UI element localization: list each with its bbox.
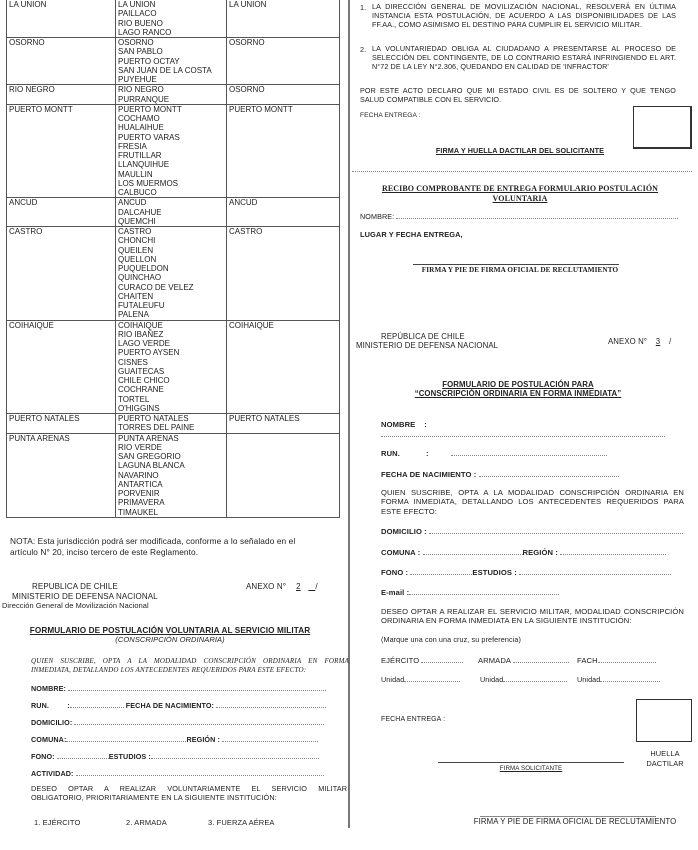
applicant-signature-line — [438, 762, 624, 763]
commune-name: GUAITECAS — [118, 367, 226, 376]
annex3-header-ministry: MINISTERIO DE DEFENSA NACIONAL — [356, 341, 498, 350]
commune-name: DALCAHUE — [118, 208, 226, 217]
office-cell: RIO NEGRO — [7, 85, 116, 105]
annex3-unit-armada[interactable]: Unidad — [480, 675, 567, 684]
commune-name: FUTALEUFU — [118, 301, 226, 310]
annex3-option-armada[interactable]: ARMADA — [478, 656, 569, 665]
annex2-field-nombre[interactable]: NOMBRE: — [31, 684, 326, 693]
declaration: POR ESTE ACTO DECLARO QUE MI ESTADO CIVI… — [360, 87, 676, 105]
cut-line — [352, 171, 692, 172]
annex2-option-armada[interactable]: 2. ARMADA — [126, 818, 167, 827]
commune-name: RIO IBAÑEZ — [118, 330, 226, 339]
page-divider — [348, 0, 350, 828]
clause-1: LA DIRECCIÓN GENERAL DE MOVILIZACIÓN NAC… — [372, 3, 676, 30]
annex3-desire-note: (Marque una con una cruz, su preferencia… — [381, 635, 521, 644]
commune-name: CALBUCO — [118, 188, 226, 197]
communes-cell: OSORNOSAN PABLOPUERTO OCTAYSAN JUAN DE L… — [116, 38, 227, 85]
annex3-field-comuna[interactable]: COMUNA : REGIÓN : — [381, 548, 666, 557]
annex3-unit-ejercito[interactable]: Unidad — [381, 675, 460, 684]
annex2-desire: DESEO OPTAR A REALIZAR VOLUNTARIAMENTE E… — [31, 785, 347, 802]
commune-name: PUERTO AYSEN — [118, 348, 226, 357]
annex3-option-ejercito[interactable]: EJÉRCITO — [381, 656, 463, 665]
commune-name: COIHAIQUE — [118, 321, 226, 330]
annex2-number: ANEXO N° 2 / — [246, 582, 318, 591]
commune-name: FRESIA — [118, 142, 226, 151]
office-cell: PUNTA ARENAS — [7, 433, 116, 517]
commune-name: MAULLIN — [118, 170, 226, 179]
annex3-field-email[interactable]: E-mail : — [381, 588, 559, 597]
annex2-field-domicilio[interactable]: DOMICILIO: — [31, 718, 324, 727]
annex3-field-run[interactable]: RUN.: — [381, 449, 607, 458]
annex-number-value: 3 — [647, 337, 669, 346]
annex3-fingerprint-box — [636, 699, 692, 742]
annex2-header: REPUBLICA DE CHILE MINISTERIO DE DEFENSA… — [2, 582, 162, 611]
commune-name: QUEMCHI — [118, 217, 226, 226]
annex2-intro: QUIEN SUSCRIBE, OPTA A LA MODALIDAD CONS… — [31, 657, 349, 675]
jurisdiction-table: LA UNIONLA UNIONPAILLACORIO BUENOLAGO RA… — [6, 0, 340, 518]
commune-name: QUEILEN — [118, 246, 226, 255]
commune-name: PALENA — [118, 310, 226, 319]
commune-name: RIO VERDE — [118, 443, 226, 452]
commune-name: CHAITEN — [118, 292, 226, 301]
communes-cell: PUERTO MONTTCOCHAMOHUALAIHUEPUERTO VARAS… — [116, 104, 227, 198]
office-cell: CASTRO — [7, 227, 116, 321]
commune-name: LAGO VERDE — [118, 339, 226, 348]
table-row: RIO NEGRORIO NEGROPURRANQUEOSORNO — [7, 85, 340, 105]
jurisdiction-cell: COIHAIQUE — [227, 320, 340, 414]
commune-name: PUERTO MONTT — [118, 105, 226, 114]
note-line: artículo N° 20, inciso tercero de este R… — [10, 547, 295, 558]
office-cell: PUERTO MONTT — [7, 104, 116, 198]
annex2-subtitle: (CONSCRIPCIÓN ORDINARIA) — [10, 635, 330, 644]
annex2-title: FORMULARIO DE POSTULACIÓN VOLUNTARIA AL … — [10, 626, 330, 635]
communes-cell: LA UNIONPAILLACORIO BUENOLAGO RANCO — [116, 0, 227, 38]
receipt-official-signature-label: FIRMA Y PIE DE FIRMA OFICIAL DE RECLUTAM… — [360, 266, 680, 275]
header-direction: Dirección General de Movilización Nacion… — [2, 601, 162, 611]
jurisdiction-note: NOTA: Esta jurisdicción podrá ser modifi… — [10, 536, 295, 557]
commune-name: HUALAIHUE — [118, 123, 226, 132]
communes-cell: COIHAIQUERIO IBAÑEZLAGO VERDEPUERTO AYSE… — [116, 320, 227, 414]
commune-name: CHONCHI — [118, 236, 226, 245]
annex3-title: FORMULARIO DE POSTULACIÓN PARA “CONSCRIP… — [360, 380, 676, 399]
jurisdiction-cell: OSORNO — [227, 38, 340, 85]
fecha-entrega-label: FECHA ENTREGA : — [360, 111, 421, 120]
annex3-desire: DESEO OPTAR A REALIZAR EL SERVICIO MILIT… — [381, 607, 684, 626]
commune-name: LOS MUERMOS — [118, 179, 226, 188]
commune-name: PRIMAVERA — [118, 498, 226, 507]
commune-name: SAN GREGORIO — [118, 452, 226, 461]
annex3-official-signature-label: FIRMA Y PIE DE FIRMA OFICIAL DE RECLUTAM… — [460, 817, 690, 826]
commune-name: RIO NEGRO — [118, 85, 226, 94]
annex3-field-nombre-label: NOMBRE : — [381, 420, 427, 429]
table-row: PUERTO MONTTPUERTO MONTTCOCHAMOHUALAIHUE… — [7, 104, 340, 198]
commune-name: PUQUELDON — [118, 264, 226, 273]
table-row: PUERTO NATALESPUERTO NATALESTORRES DEL P… — [7, 414, 340, 434]
annex3-field-region: REGIÓN : — [523, 548, 558, 557]
annex3-option-fach[interactable]: FACH — [577, 656, 656, 665]
commune-name: PAILLACO — [118, 9, 226, 18]
table-row: ANCUDANCUDDALCAHUEQUEMCHIANCUD — [7, 198, 340, 227]
annex3-intro: QUIEN SUSCRIBE, OPTA A LA MODALIDAD CONS… — [381, 488, 684, 516]
jurisdiction-cell: PUERTO NATALES — [227, 414, 340, 434]
clause-2: LA VOLUNTARIEDAD OBLIGA AL CIUDADANO A P… — [372, 45, 676, 72]
annex3-fecha-entrega-label: FECHA ENTREGA : — [381, 715, 445, 724]
annex3-field-fecha-nacimiento[interactable]: FECHA DE NACIMIENTO : — [381, 470, 619, 479]
table-row: LA UNIONLA UNIONPAILLACORIO BUENOLAGO RA… — [7, 0, 340, 38]
commune-name: COCHAMO — [118, 114, 226, 123]
commune-name: PUYEHUE — [118, 75, 226, 84]
commune-name: CURACO DE VELEZ — [118, 283, 226, 292]
annex2-field-run[interactable]: RUN. : FECHA DE NACIMIENTO: — [31, 701, 326, 710]
commune-name: ANTARTICA — [118, 480, 226, 489]
commune-name: PUNTA ARENAS — [118, 434, 226, 443]
jurisdiction-cell: CASTRO — [227, 227, 340, 321]
communes-cell: PUNTA ARENASRIO VERDESAN GREGORIOLAGUNA … — [116, 433, 227, 517]
annex2-field-fono[interactable]: FONO: ESTUDIOS : — [31, 752, 319, 761]
applicant-signature-label: FIRMA Y HUELLA DACTILAR DEL SOLICITANTE — [360, 146, 680, 155]
receipt-title: RECIBO COMPROBANTE DE ENTREGA FORMULARIO… — [360, 184, 680, 204]
annex2-field-actividad[interactable]: ACTIVIDAD: — [31, 769, 324, 778]
commune-name: CISNES — [118, 358, 226, 367]
commune-name: OSORNO — [118, 38, 226, 47]
commune-name: RIO BUENO — [118, 19, 226, 28]
communes-cell: CASTROCHONCHIQUEILENQUELLONPUQUELDONQUIN… — [116, 227, 227, 321]
annex3-number: ANEXO N°3/ — [608, 337, 671, 346]
communes-cell: PUERTO NATALESTORRES DEL PAINE — [116, 414, 227, 434]
receipt-field-nombre[interactable]: NOMBRE: — [360, 212, 678, 221]
receipt-lugar-fecha: LUGAR Y FECHA ENTREGA, — [360, 230, 463, 239]
commune-name: CASTRO — [118, 227, 226, 236]
commune-name: FRUTILLAR — [118, 151, 226, 160]
commune-name: PURRANQUE — [118, 95, 226, 104]
jurisdiction-cell — [227, 433, 340, 517]
annex2-option-ejercito[interactable]: 1. EJÉRCITO — [34, 818, 80, 827]
fingerprint-box — [633, 106, 692, 149]
annex2-field-estudios: ESTUDIOS : — [109, 752, 151, 761]
jurisdiction-cell: ANCUD — [227, 198, 340, 227]
office-cell: COIHAIQUE — [7, 320, 116, 414]
annex3-header-country: REPÚBLICA DE CHILE — [381, 332, 465, 341]
annex2-field-comuna[interactable]: COMUNA:REGIÓN : — [31, 735, 318, 744]
jurisdiction-cell: LA UNION — [227, 0, 340, 38]
clause-number: 2. — [360, 45, 366, 54]
commune-name: TORTEL — [118, 395, 226, 404]
commune-name: TIMAUKEL — [118, 508, 226, 517]
office-cell: ANCUD — [7, 198, 116, 227]
commune-name: LA UNION — [118, 0, 226, 9]
jurisdiction-cell: OSORNO — [227, 85, 340, 105]
office-cell: LA UNION — [7, 0, 116, 38]
commune-name: SAN JUAN DE LA COSTA — [118, 66, 226, 75]
annex3-field-domicilio[interactable]: DOMICILIO : — [381, 527, 683, 536]
commune-name: PUERTO VARAS — [118, 133, 226, 142]
annex2-field-region: REGIÓN : — [186, 735, 220, 744]
commune-name: QUELLON — [118, 255, 226, 264]
note-line: NOTA: Esta jurisdicción podrá ser modifi… — [10, 536, 295, 547]
annex3-unit-fach[interactable]: Unidad — [577, 675, 660, 684]
commune-name: LAGO RANCO — [118, 28, 226, 37]
header-ministry: MINISTERIO DE DEFENSA NACIONAL — [2, 592, 162, 602]
jurisdiction-cell: PUERTO MONTT — [227, 104, 340, 198]
annex3-applicant-signature-label: FIRMA SOLICITANTE — [438, 764, 624, 773]
commune-name: NAVARINO — [118, 471, 226, 480]
commune-name: TORRES DEL PAINE — [118, 423, 226, 432]
official-signature-line — [413, 264, 619, 265]
annex3-field-estudios: ESTUDIOS : — [472, 568, 516, 577]
commune-name: LLANQUIHUE — [118, 160, 226, 169]
clause-number: 1. — [360, 3, 366, 12]
commune-name: QUINCHAO — [118, 273, 226, 282]
office-cell: PUERTO NATALES — [7, 414, 116, 434]
table-row: PUNTA ARENASPUNTA ARENASRIO VERDESAN GRE… — [7, 433, 340, 517]
commune-name: O'HIGGINS — [118, 404, 226, 413]
commune-name: PORVENIR — [118, 489, 226, 498]
commune-name: COCHRANE — [118, 385, 226, 394]
header-country: REPUBLICA DE CHILE — [2, 582, 162, 592]
annex3-field-fono[interactable]: FONO : ESTUDIOS : — [381, 568, 671, 577]
commune-name: PUERTO OCTAY — [118, 57, 226, 66]
communes-cell: RIO NEGROPURRANQUE — [116, 85, 227, 105]
table-row: COIHAIQUECOIHAIQUERIO IBAÑEZLAGO VERDEPU… — [7, 320, 340, 414]
annex-number-value: 2 — [288, 582, 308, 591]
commune-name: LAGUNA BLANCA — [118, 461, 226, 470]
annex3-fingerprint-label: HUELLA DACTILAR — [636, 749, 694, 769]
annex3-field-nombre[interactable] — [381, 436, 665, 437]
table-row: CASTROCASTROCHONCHIQUEILENQUELLONPUQUELD… — [7, 227, 340, 321]
office-cell: OSORNO — [7, 38, 116, 85]
annex2-option-fuerza-aerea[interactable]: 3. FUERZA AÉREA — [208, 818, 275, 827]
commune-name: CHILE CHICO — [118, 376, 226, 385]
annex2-field-fecha-nacimiento: FECHA DE NACIMIENTO: — [126, 701, 214, 710]
commune-name: PUERTO NATALES — [118, 414, 226, 423]
commune-name: SAN PABLO — [118, 47, 226, 56]
table-row: OSORNOOSORNOSAN PABLOPUERTO OCTAYSAN JUA… — [7, 38, 340, 85]
communes-cell: ANCUDDALCAHUEQUEMCHI — [116, 198, 227, 227]
commune-name: ANCUD — [118, 198, 226, 207]
